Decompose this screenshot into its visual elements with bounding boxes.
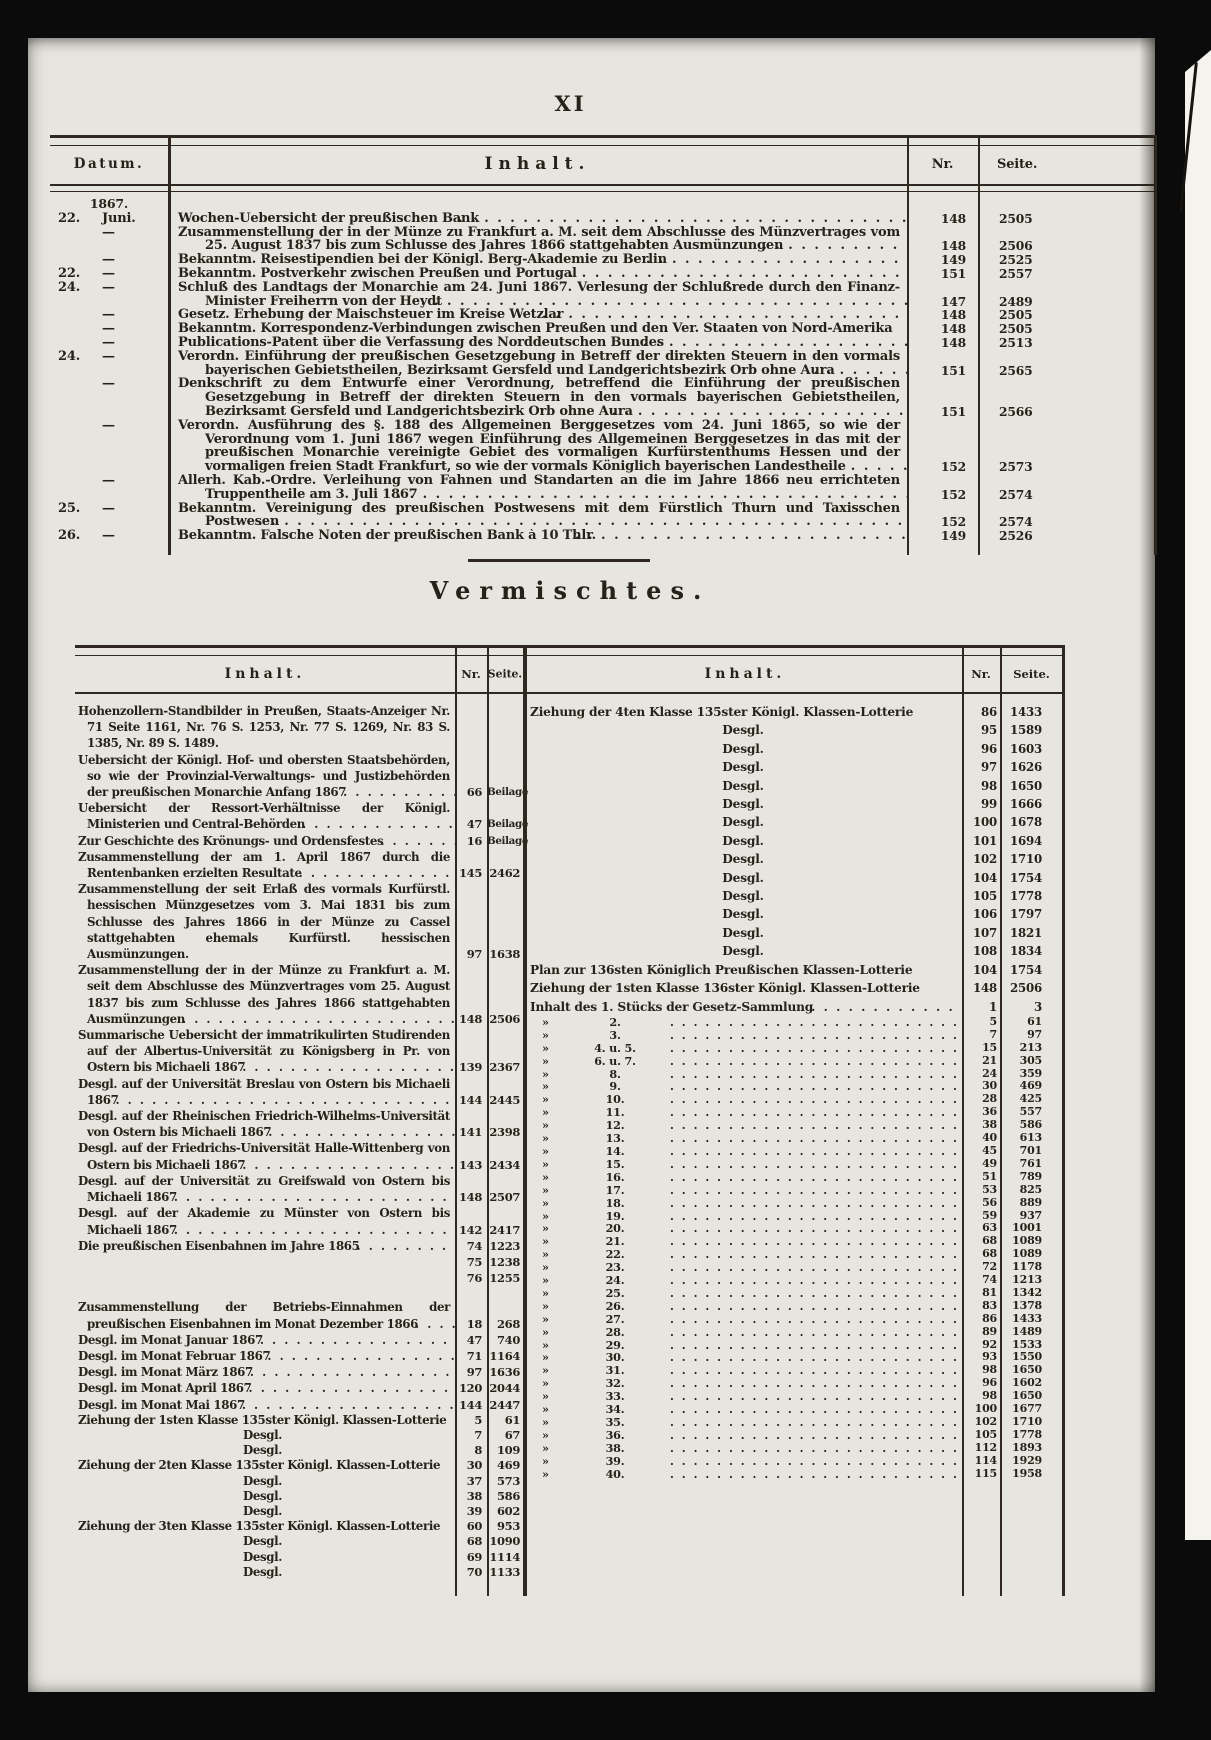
nr-value: 47 [467, 1332, 482, 1348]
dot-leader [670, 1429, 964, 1442]
page-cell: 2417 [487, 1205, 523, 1237]
number-cell: 83 [964, 1300, 1002, 1313]
nr-value: 39 [467, 1504, 482, 1519]
stueck-number: 36. [560, 1429, 670, 1442]
seite-value: 2434 [489, 1157, 520, 1173]
number-cell: 148 [909, 226, 980, 254]
vm-row: »26.831378 [528, 1300, 1065, 1313]
nr-value: 120 [459, 1380, 482, 1396]
number-cell [455, 703, 487, 752]
number-cell: 149 [909, 253, 980, 267]
seite-value: 740 [497, 1332, 520, 1348]
nr-value: 45 [982, 1145, 997, 1158]
seite-value: 2505 [999, 322, 1032, 336]
page-cell: Beilage [487, 752, 523, 801]
vm-entry-title: Desgl. [528, 887, 964, 905]
vm-entry-title: Zusammenstellung der seit Erlaß des vorm… [75, 881, 455, 962]
vm-entry-title [75, 1270, 455, 1286]
nr-value: 7 [990, 1029, 997, 1042]
page-cell: 789 [1002, 1171, 1065, 1184]
number-cell: 151 [909, 377, 980, 418]
vm-row: »2.561 [528, 1016, 1065, 1029]
vm-row: Desgl.1041754 [528, 869, 1065, 887]
vm-row: »3.797 [528, 1029, 1065, 1042]
datum-cell: — [50, 336, 168, 350]
vm-row: »28.891489 [528, 1326, 1065, 1339]
vm-entry-title: Ziehung der 1sten Klasse 135ster Königl.… [75, 1413, 455, 1428]
seite-value: Beilage [487, 784, 528, 800]
page-cell: 1223 [487, 1238, 523, 1254]
seite-value: 1710 [1010, 850, 1042, 868]
dot-leader [670, 1364, 964, 1377]
nr-value: 151 [941, 405, 966, 419]
seite-value: 1433 [1010, 703, 1042, 721]
repeat-marker: » [542, 1158, 560, 1171]
seite-value: 701 [1020, 1145, 1042, 1158]
number-cell: 147 [909, 281, 980, 309]
datum-month: — [92, 226, 115, 240]
page-cell: 1678 [1002, 813, 1065, 831]
page-cell: 573 [487, 1474, 523, 1489]
stueck-number: 27. [560, 1313, 670, 1326]
datum-cell: — [50, 474, 168, 502]
nr-value: 141 [459, 1124, 482, 1140]
datum-month: — [92, 322, 115, 336]
datum-cell: — [50, 377, 168, 418]
vermischtes-right-body: Ziehung der 4ten Klasse 135ster Königl. … [528, 703, 1065, 1580]
datum-month: — [92, 350, 115, 364]
seite-value: 67 [505, 1428, 520, 1443]
vm-row: »6. u. 7.21305 [528, 1055, 1065, 1068]
page-cell: Beilage [487, 833, 523, 849]
repeat-marker: » [542, 1313, 560, 1326]
number-cell: 112 [964, 1442, 1002, 1455]
seite-value: 2489 [999, 295, 1032, 309]
page-cell: 602 [487, 1504, 523, 1519]
number-cell: 18 [455, 1299, 487, 1331]
seite-value: 469 [497, 1458, 520, 1473]
page-cell: 2445 [487, 1076, 523, 1108]
dot-leader [670, 1106, 964, 1119]
nr-value: 49 [982, 1158, 997, 1171]
seite-value: Beilage [487, 816, 528, 832]
seite-value: 61 [505, 1413, 520, 1428]
number-cell: 148 [909, 336, 980, 350]
vm-entry-title: Desgl. [528, 905, 964, 923]
col-header-nr-right: Nr. [962, 667, 1000, 681]
stueck-cell: »18. [528, 1197, 964, 1210]
vm-row: »36.1051778 [528, 1429, 1065, 1442]
page-cell: 1650 [1002, 777, 1065, 795]
nr-value: 81 [982, 1287, 997, 1300]
nr-value: 74 [467, 1238, 482, 1254]
seite-value: 761 [1020, 1158, 1042, 1171]
nr-value: 148 [941, 322, 966, 336]
vm-row: Desgl.1051778 [528, 887, 1065, 905]
entry-title: Wochen-Uebersicht der preußischen Bank [168, 212, 909, 226]
datum-month: — [92, 474, 115, 488]
vm-entry-title: Hohenzollern-Standbilder in Preußen, Sta… [75, 703, 455, 752]
repeat-marker: » [542, 1042, 560, 1055]
vm-row: »16.51789 [528, 1171, 1065, 1184]
nr-value: 151 [941, 364, 966, 378]
page-cell: 1164 [487, 1348, 523, 1364]
vm-entry-title: Ziehung der 3ten Klasse 135ster Königl. … [75, 1519, 455, 1534]
number-cell: 148 [909, 308, 980, 322]
datum-month: Juni. [92, 212, 136, 226]
year-label: 1867. [50, 197, 168, 211]
number-cell: 145 [455, 849, 487, 881]
number-cell: 38 [455, 1489, 487, 1504]
page-cell: 2574 [980, 502, 1157, 530]
vm-entry-title: Desgl. im Monat Januar 1867 [75, 1332, 455, 1348]
page-cell: 2447 [487, 1397, 523, 1413]
col-header-seite-left: Seite. [487, 668, 523, 681]
page-cell: 469 [487, 1458, 523, 1473]
dot-leader [670, 1468, 964, 1481]
dot-leader [670, 1261, 964, 1274]
index-row: —Allerh. Kab.-Ordre. Verleihung von Fahn… [50, 474, 1157, 502]
dot-leader [670, 1029, 964, 1042]
seite-value: 2565 [999, 364, 1032, 378]
nr-value: 148 [973, 979, 997, 997]
dot-leader [670, 1184, 964, 1197]
nr-value: 105 [975, 1429, 997, 1442]
number-cell: 97 [964, 758, 1002, 776]
number-cell: 95 [964, 721, 1002, 739]
dot-leader [670, 1390, 964, 1403]
nr-value: 108 [973, 942, 997, 960]
vm-row: Ziehung der 1sten Klasse 136ster Königl.… [528, 979, 1065, 997]
page-cell: 1797 [1002, 905, 1065, 923]
vm-entry-title: Desgl. [528, 869, 964, 887]
stueck-cell: »3. [528, 1029, 964, 1042]
seite-value: 1778 [1010, 887, 1042, 905]
nr-value: 99 [981, 795, 997, 813]
nr-value: 148 [459, 1189, 482, 1205]
vm-entry-title: Desgl. im Monat Februar 1867 [75, 1348, 455, 1364]
dot-leader [670, 1235, 964, 1248]
number-cell: 76 [455, 1270, 487, 1286]
stueck-cell: »34. [528, 1403, 964, 1416]
col-header-inhalt-left: Inhalt. [75, 666, 455, 682]
vm-row: »14.45701 [528, 1145, 1065, 1158]
stueck-cell: »9. [528, 1080, 964, 1093]
col-header-inhalt: Inhalt. [168, 158, 907, 172]
number-cell: 100 [964, 813, 1002, 831]
stueck-cell: »19. [528, 1210, 964, 1223]
repeat-marker: » [542, 1429, 560, 1442]
dot-leader [670, 1287, 964, 1300]
vm-row: Desgl.1071821 [528, 924, 1065, 942]
vm-entry-title: Desgl. [528, 832, 964, 850]
number-cell: 71 [455, 1348, 487, 1364]
nr-value: 95 [981, 721, 997, 739]
table-top-rule [75, 645, 1065, 656]
stueck-cell: »40. [528, 1468, 964, 1481]
number-cell: 56 [964, 1197, 1002, 1210]
datum-cell: — [50, 253, 168, 267]
stueck-cell: »13. [528, 1132, 964, 1145]
page-cell: 1238 [487, 1254, 523, 1270]
seite-value: 1636 [489, 1364, 520, 1380]
page-cell: 2525 [980, 253, 1157, 267]
number-cell: 104 [964, 961, 1002, 979]
vm-entry-title: Desgl. [75, 1443, 455, 1458]
nr-value: 96 [981, 740, 997, 758]
seite-value: 889 [1020, 1197, 1042, 1210]
dot-leader [670, 1132, 964, 1145]
datum-cell: 22.— [50, 267, 168, 281]
datum-cell: — [50, 226, 168, 254]
index-row: 22.—Bekanntm. Postverkehr zwischen Preuß… [50, 267, 1157, 281]
number-cell: 106 [964, 905, 1002, 923]
page-cell: 2044 [487, 1380, 523, 1396]
stueck-number: 24. [560, 1274, 670, 1287]
number-cell: 39 [455, 1504, 487, 1519]
column-divider [978, 135, 980, 555]
vm-entry-title: Desgl. auf der Friedrichs-Universität Ha… [75, 1140, 455, 1172]
vm-entry-title: Desgl. [528, 850, 964, 868]
vm-row: »17.53825 [528, 1184, 1065, 1197]
vm-entry-title: Plan zur 136sten Königlich Preußischen K… [528, 961, 964, 979]
page-cell: 2574 [980, 474, 1157, 502]
nr-value: 142 [459, 1222, 482, 1238]
column-divider [907, 135, 909, 555]
number-cell: 99 [964, 795, 1002, 813]
vm-entry-title: Desgl. [528, 795, 964, 813]
stueck-cell: »12. [528, 1119, 964, 1132]
vermischtes-table-header: Inhalt. Nr. Seite. Inhalt. Nr. Seite. [75, 656, 1065, 692]
dot-leader [670, 1171, 964, 1184]
page-cell: 2398 [487, 1108, 523, 1140]
stueck-cell: »26. [528, 1300, 964, 1313]
repeat-marker: » [542, 1287, 560, 1300]
page-cell: 2367 [487, 1027, 523, 1076]
col-header-datum: Datum. [50, 158, 168, 172]
nr-value: 5 [990, 1016, 997, 1029]
datum-month: — [92, 281, 115, 295]
number-cell: 75 [455, 1254, 487, 1270]
entry-title: Verordn. Ausführung des §. 188 des Allge… [168, 419, 909, 474]
entry-title: Publications-Patent über die Verfassung … [168, 336, 909, 350]
table-header-rule [50, 184, 1157, 192]
page-cell: 2557 [980, 267, 1157, 281]
index-row: —Denkschrift zu dem Entwurfe einer Veror… [50, 377, 1157, 418]
nr-value: 97 [467, 1364, 482, 1380]
page-cell: 2573 [980, 419, 1157, 474]
datum-cell: 22.Juni. [50, 212, 168, 226]
vm-entry-title: Inhalt des 1. Stücks der Gesetz-Sammlung [528, 998, 964, 1016]
stueck-cell: »28. [528, 1326, 964, 1339]
page-cell: 213 [1002, 1042, 1065, 1055]
seite-value: 1164 [489, 1348, 520, 1364]
vm-entry-title: Desgl. [75, 1534, 455, 1549]
page-cell: 3 [1002, 998, 1065, 1016]
nr-value: 38 [467, 1489, 482, 1504]
nr-value: 106 [973, 905, 997, 923]
datum-cell: 24.— [50, 350, 168, 378]
adjacent-page-edge [1185, 50, 1211, 1540]
repeat-marker: » [542, 1274, 560, 1287]
nr-value: 1 [989, 998, 997, 1016]
seite-value: 2526 [999, 529, 1032, 543]
col-header-seite-right: Seite. [1000, 667, 1063, 681]
dot-leader [670, 1326, 964, 1339]
nr-value: 107 [973, 924, 997, 942]
nr-value: 76 [467, 1270, 482, 1286]
stueck-number: 28. [560, 1326, 670, 1339]
vm-entry-title: Zusammenstellung der in der Münze zu Fra… [75, 962, 455, 1027]
stueck-number: 35. [560, 1416, 670, 1429]
seite-value: 1378 [1012, 1300, 1042, 1313]
number-cell: 5 [455, 1413, 487, 1428]
nr-value: 69 [467, 1550, 482, 1565]
page-cell: 2507 [487, 1173, 523, 1205]
dot-leader [670, 1210, 964, 1223]
nr-value: 149 [941, 253, 966, 267]
page-cell: 1666 [1002, 795, 1065, 813]
datum-cell: — [50, 308, 168, 322]
page-cell: 109 [487, 1443, 523, 1458]
nr-value: 60 [467, 1519, 482, 1534]
nr-value: 149 [941, 529, 966, 543]
number-cell: 47 [455, 1332, 487, 1348]
number-cell: 144 [455, 1397, 487, 1413]
nr-value: 145 [459, 865, 482, 881]
seite-value: 305 [1020, 1055, 1042, 1068]
page-cell: 2506 [487, 962, 523, 1027]
page-cell: 1694 [1002, 832, 1065, 850]
seite-value: 1893 [1012, 1442, 1042, 1455]
number-cell: 53 [964, 1184, 1002, 1197]
seite-value: 2367 [489, 1059, 520, 1075]
stueck-cell: »27. [528, 1313, 964, 1326]
stueck-cell: »39. [528, 1455, 964, 1468]
page-cell: 268 [487, 1299, 523, 1331]
stueck-number: 38. [560, 1442, 670, 1455]
number-cell: 97 [455, 1364, 487, 1380]
dot-leader [670, 1119, 964, 1132]
repeat-marker: » [542, 1184, 560, 1197]
seite-value: 1650 [1010, 777, 1042, 795]
number-cell: 69 [455, 1550, 487, 1565]
page-number: XI [28, 91, 1113, 116]
stueck-number: 14. [560, 1145, 670, 1158]
vm-row: »40.1151958 [528, 1468, 1065, 1481]
seite-value: 1694 [1010, 832, 1042, 850]
page-cell: 2434 [487, 1140, 523, 1172]
repeat-marker: » [542, 1171, 560, 1184]
number-cell: 49 [964, 1158, 1002, 1171]
datum-month: — [92, 502, 115, 516]
vm-entry-title: Desgl. auf der Universität Breslau von O… [75, 1076, 455, 1108]
table-top-rule [50, 135, 1157, 146]
number-cell: 144 [455, 1076, 487, 1108]
seite-value: 2462 [489, 865, 520, 881]
table-right-border [1154, 135, 1157, 555]
nr-value: 98 [981, 777, 997, 795]
nr-value: 71 [467, 1348, 482, 1364]
page-cell: 2462 [487, 849, 523, 881]
index-row: —Bekanntm. Reisestipendien bei der König… [50, 253, 1157, 267]
nr-value: 144 [459, 1092, 482, 1108]
vm-entry-title: Desgl. [75, 1428, 455, 1443]
nr-value: 102 [975, 1416, 997, 1429]
stueck-number: 18. [560, 1197, 670, 1210]
nr-value: 148 [459, 1011, 482, 1027]
number-cell: 30 [455, 1458, 487, 1473]
vm-entry-title: Desgl. [75, 1474, 455, 1489]
table-half-divider [523, 645, 527, 1596]
number-cell: 8 [455, 1443, 487, 1458]
column-divider [455, 645, 457, 1596]
page-cell: 2489 [980, 281, 1157, 309]
number-cell: 148 [455, 962, 487, 1027]
index-row: —Bekanntm. Korrespondenz-Verbindungen zw… [50, 322, 1157, 336]
repeat-marker: » [542, 1197, 560, 1210]
col-header-inhalt-right: Inhalt. [528, 666, 962, 682]
seite-value: 1666 [1010, 795, 1042, 813]
page-cell: 1638 [487, 881, 523, 962]
nr-value: 101 [973, 832, 997, 850]
number-cell: 149 [909, 529, 980, 543]
vm-row: »25.811342 [528, 1287, 1065, 1300]
repeat-marker: » [542, 1055, 560, 1068]
page-cell: 305 [1002, 1055, 1065, 1068]
dot-leader [670, 1300, 964, 1313]
stueck-number: 4. u. 5. [560, 1042, 670, 1055]
stueck-cell: »36. [528, 1429, 964, 1442]
stueck-number: 40. [560, 1468, 670, 1481]
stueck-cell: »14. [528, 1145, 964, 1158]
vm-entry-title: Uebersicht der Ressort-Verhältnisse der … [75, 800, 455, 832]
vm-entry-title: Die preußischen Eisenbahnen im Jahre 186… [75, 1238, 455, 1254]
seite-value: 2525 [999, 253, 1032, 267]
number-cell: 152 [909, 474, 980, 502]
vm-row: Plan zur 136sten Königlich Preußischen K… [528, 961, 1065, 979]
page-cell: 1433 [1002, 1313, 1065, 1326]
vm-row: Desgl.961603 [528, 740, 1065, 758]
datum-cell: — [50, 322, 168, 336]
book-page-paper: XI Datum. Inhalt. Nr. Seite. 1867.22.Jun… [28, 38, 1155, 1692]
nr-value: 112 [975, 1442, 997, 1455]
page-cell: 1626 [1002, 758, 1065, 776]
number-cell: 97 [455, 881, 487, 962]
nr-value: 51 [982, 1171, 997, 1184]
seite-value: 1589 [1010, 721, 1042, 739]
nr-value: 53 [982, 1184, 997, 1197]
stueck-cell: »16. [528, 1171, 964, 1184]
vm-row: Desgl.991666 [528, 795, 1065, 813]
number-cell: 102 [964, 1416, 1002, 1429]
seite-value: 789 [1020, 1171, 1042, 1184]
number-cell: 16 [455, 833, 487, 849]
stueck-cell: »24. [528, 1274, 964, 1287]
vm-row: Desgl.1011694 [528, 832, 1065, 850]
entry-title: Zusammenstellung der in der Münze zu Fra… [168, 226, 909, 254]
datum-cell: 25.— [50, 502, 168, 530]
number-cell: 104 [964, 869, 1002, 887]
stueck-cell: »2. [528, 1016, 964, 1029]
vm-row: Desgl.1001678 [528, 813, 1065, 831]
stueck-number: 39. [560, 1455, 670, 1468]
dot-leader [670, 1158, 964, 1171]
number-cell: 148 [909, 212, 980, 226]
page-cell: 701 [1002, 1145, 1065, 1158]
nr-value: 152 [941, 488, 966, 502]
seite-value: 2505 [999, 212, 1032, 226]
